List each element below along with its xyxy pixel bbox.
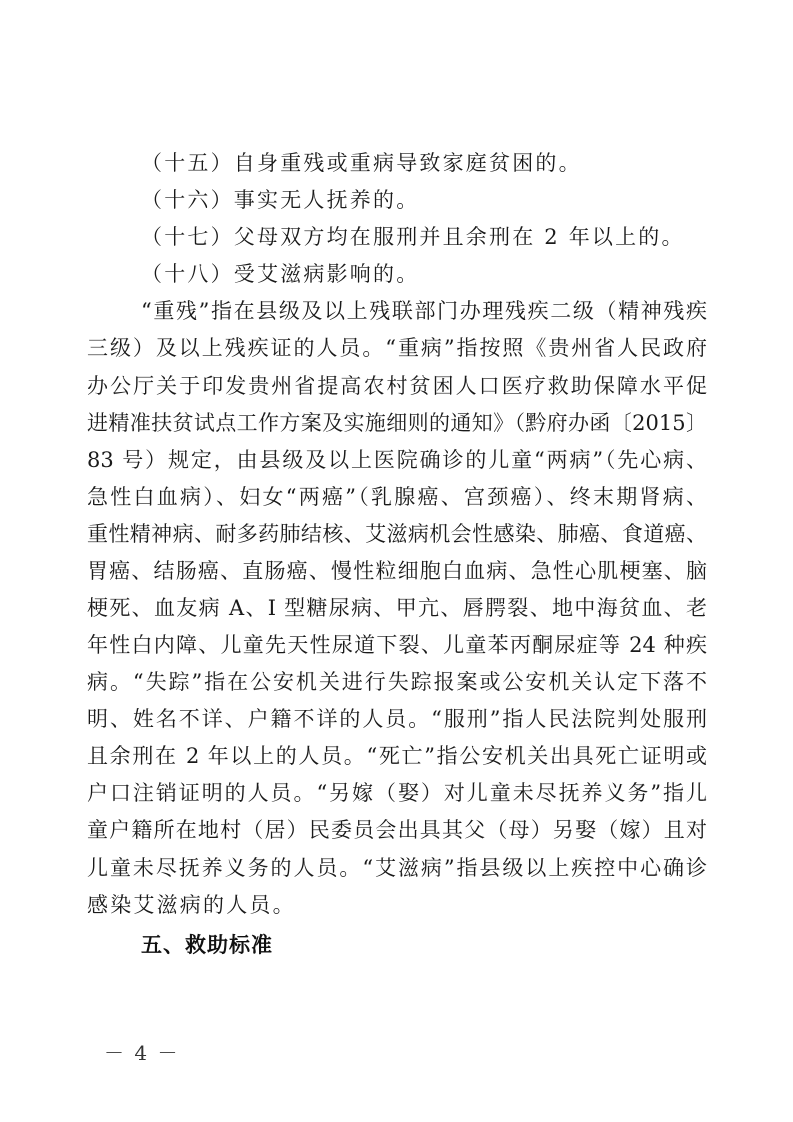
paragraph-line: 户口注销证明的人员。“另嫁（娶）对儿童未尽抚养义务”指儿 [87, 775, 707, 812]
list-item-16: （十六）事实无人抚养的。 [141, 182, 707, 219]
document-page: （十五）自身重残或重病导致家庭贫困的。 （十六）事实无人抚养的。 （十七）父母双… [0, 0, 793, 1122]
paragraph-line: 病。“失踪”指在公安机关进行失踪报案或公安机关认定下落不 [87, 664, 707, 701]
paragraph-line: 83 号）规定，由县级及以上医院确诊的儿童“两病”（先心病、 [87, 442, 707, 479]
list-item-15: （十五）自身重残或重病导致家庭贫困的。 [141, 145, 707, 182]
paragraph-line: 明、姓名不详、户籍不详的人员。“服刑”指人民法院判处服刑 [87, 701, 707, 738]
list-item-18: （十八）受艾滋病影响的。 [141, 256, 707, 293]
list-item-17: （十七）父母双方均在服刑并且余刑在 2 年以上的。 [141, 219, 707, 256]
paragraph-line: 且余刑在 2 年以上的人员。“死亡”指公安机关出具死亡证明或 [87, 738, 707, 775]
paragraph-line: 急性白血病）、妇女“两癌”（乳腺癌、宫颈癌）、终末期肾病、 [87, 479, 707, 516]
paragraph-line: 进精准扶贫试点工作方案及实施细则的通知》（黔府办函〔2015〕 [87, 405, 707, 442]
paragraph-line: 胃癌、结肠癌、直肠癌、慢性粒细胞白血病、急性心肌梗塞、脑 [87, 553, 707, 590]
paragraph-line: 重性精神病、耐多药肺结核、艾滋病机会性感染、肺癌、食道癌、 [87, 516, 707, 553]
paragraph-line: 童户籍所在地村（居）民委员会出具其父（母）另娶（嫁）且对 [87, 812, 707, 849]
paragraph-line: 三级）及以上残疾证的人员。“重病”指按照《贵州省人民政府 [87, 330, 707, 367]
paragraph-line: “重残”指在县级及以上残联部门办理残疾二级（精神残疾 [141, 293, 707, 330]
paragraph-line: 梗死、血友病 A、I 型糖尿病、甲亢、唇腭裂、地中海贫血、老 [87, 590, 707, 627]
paragraph-line: 儿童未尽抚养义务的人员。“艾滋病”指县级以上疾控中心确诊 [87, 850, 707, 887]
page-number: － 4 － [104, 1039, 179, 1067]
paragraph-line: 办公厅关于印发贵州省提高农村贫困人口医疗救助保障水平促 [87, 368, 707, 405]
paragraph-line: 感染艾滋病的人员。 [87, 887, 707, 924]
paragraph-line: 年性白内障、儿童先天性尿道下裂、儿童苯丙酮尿症等 24 种疾 [87, 627, 707, 664]
section-heading: 五、救助标准 [141, 927, 273, 964]
